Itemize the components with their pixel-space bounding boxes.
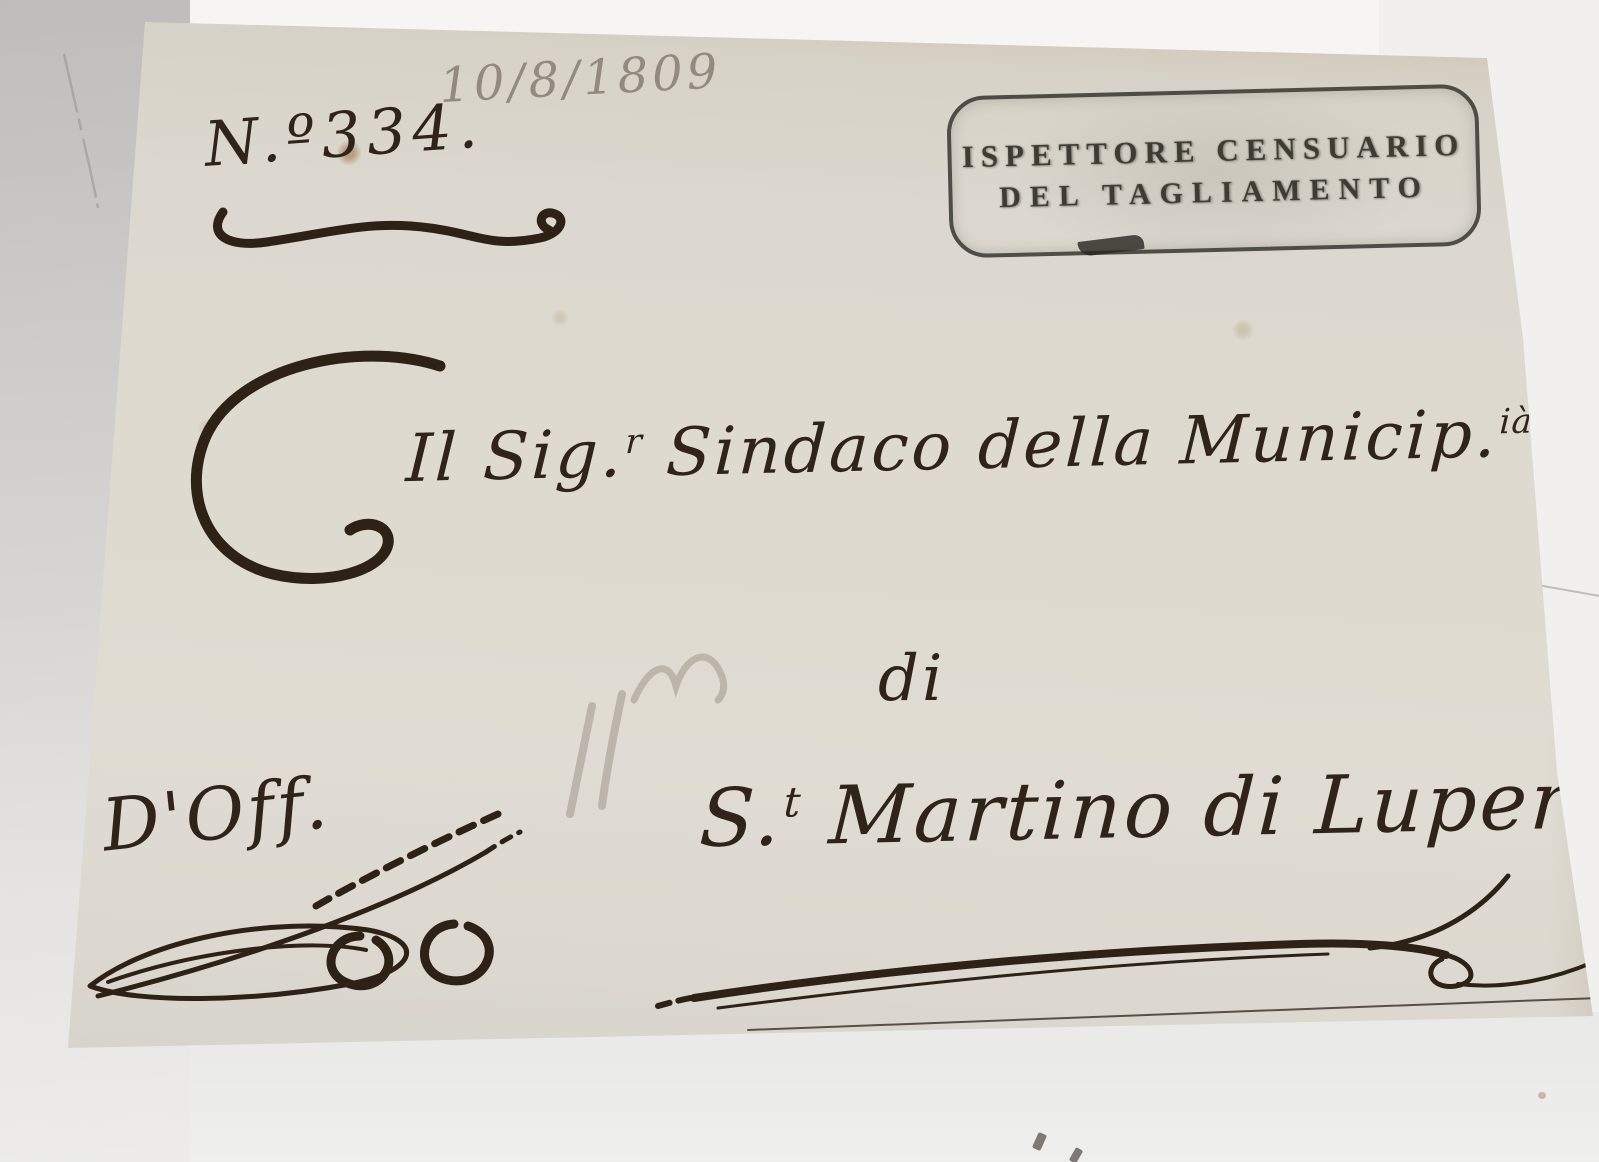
background-scratch-line (58, 50, 106, 215)
address-part-2: Sindaco della Municip. (640, 395, 1500, 492)
address-superscript-1: r (624, 422, 643, 462)
letter-paper: 10/8/1809 N.º334. ISPETTORE CENSUARIO DE… (0, 0, 1599, 1162)
address-line: Il Sig.r Sindaco della Municip.ià (404, 394, 1534, 497)
destination-part-2: Martino di Luperi (799, 753, 1599, 863)
background-speck (1538, 1092, 1546, 1099)
destination-part-1: S. (697, 770, 785, 865)
reference-number-flourish (205, 184, 575, 264)
census-inspector-stamp: ISPETTORE CENSUARIO DEL TAGLIAMENTO (946, 84, 1482, 259)
preposition-di: di (878, 642, 945, 716)
office-note-flourish (68, 788, 598, 1028)
photo-of-letter: 10/8/1809 N.º334. ISPETTORE CENSUARIO DE… (0, 0, 1599, 1162)
reference-number: N.º334. (202, 89, 486, 181)
stamp-line-1: ISPETTORE CENSUARIO (961, 126, 1465, 174)
destination-line: S.t Martino di Luperi (697, 753, 1599, 865)
address-part-1: Il Sig. (404, 415, 626, 497)
stamp-line-2: DEL TAGLIAMENTO (999, 170, 1431, 215)
